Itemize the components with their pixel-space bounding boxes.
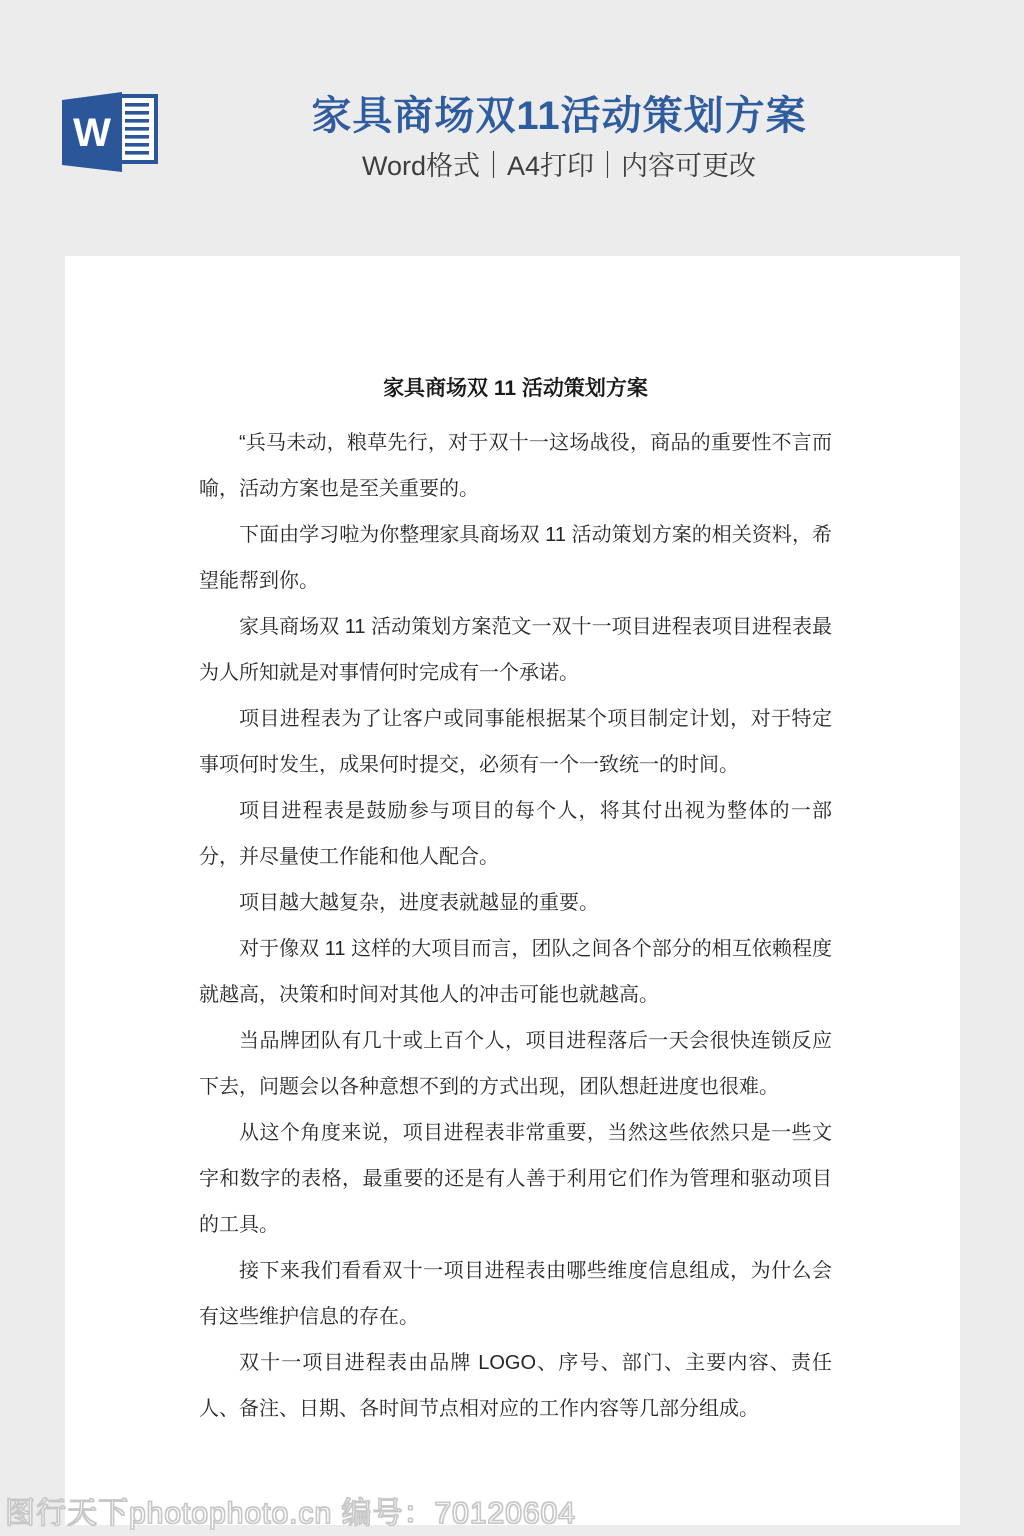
- watermark-text: 图行天下photophoto.cn 编号：70120604: [5, 1488, 576, 1532]
- document-paragraph: 家具商场双 11 活动策划方案范文一双十一项目进程表项目进程表最为人所知就是对事…: [199, 604, 832, 696]
- document-paragraph: 对于像双 11 这样的大项目而言，团队之间各个部分的相互依赖程度就越高，决策和时…: [199, 926, 832, 1018]
- word-icon-graphic: W: [62, 88, 158, 174]
- svg-text:W: W: [73, 111, 111, 155]
- document-body: “兵马未动，粮草先行，对于双十一这场战役，商品的重要性不言而喻，活动方案也是至关…: [199, 420, 832, 1432]
- document-content: 家具商场双 11 活动策划方案 “兵马未动，粮草先行，对于双十一这场战役，商品的…: [65, 256, 960, 1432]
- document-paragraph: 接下来我们看看双十一项目进程表由哪些维度信息组成，为什么会有这些维护信息的存在。: [199, 1248, 832, 1340]
- document-paragraph: 下面由学习啦为你整理家具商场双 11 活动策划方案的相关资料，希望能帮到你。: [199, 512, 832, 604]
- document-paragraph: 项目越大越复杂，进度表就越显的重要。: [199, 880, 832, 926]
- document-paragraph: “兵马未动，粮草先行，对于双十一这场战役，商品的重要性不言而喻，活动方案也是至关…: [199, 420, 832, 512]
- header-text-block: 家具商场双11活动策划方案 Word格式｜A4打印｜内容可更改: [311, 94, 806, 181]
- document-paragraph: 项目进程表为了让客户或同事能根据某个项目制定计划，对于特定事项何时发生，成果何时…: [199, 696, 832, 788]
- document-paragraph: 项目进程表是鼓励参与项目的每个人，将其付出视为整体的一部分，并尽量使工作能和他人…: [199, 788, 832, 880]
- page-subtitle: Word格式｜A4打印｜内容可更改: [311, 151, 806, 181]
- document-page: 家具商场双 11 活动策划方案 “兵马未动，粮草先行，对于双十一这场战役，商品的…: [65, 256, 960, 1525]
- document-paragraph: 双十一项目进程表由品牌 LOGO、序号、部门、主要内容、责任人、备注、日期、各时…: [199, 1340, 832, 1432]
- page-title: 家具商场双11活动策划方案: [311, 94, 806, 138]
- document-paragraph: 从这个角度来说，项目进程表非常重要，当然这些依然只是一些文字和数字的表格，最重要…: [199, 1110, 832, 1248]
- document-title: 家具商场双 11 活动策划方案: [199, 374, 832, 404]
- document-paragraph: 当品牌团队有几十或上百个人，项目进程落后一天会很快连锁反应下去，问题会以各种意想…: [199, 1018, 832, 1110]
- word-icon: W: [62, 88, 158, 174]
